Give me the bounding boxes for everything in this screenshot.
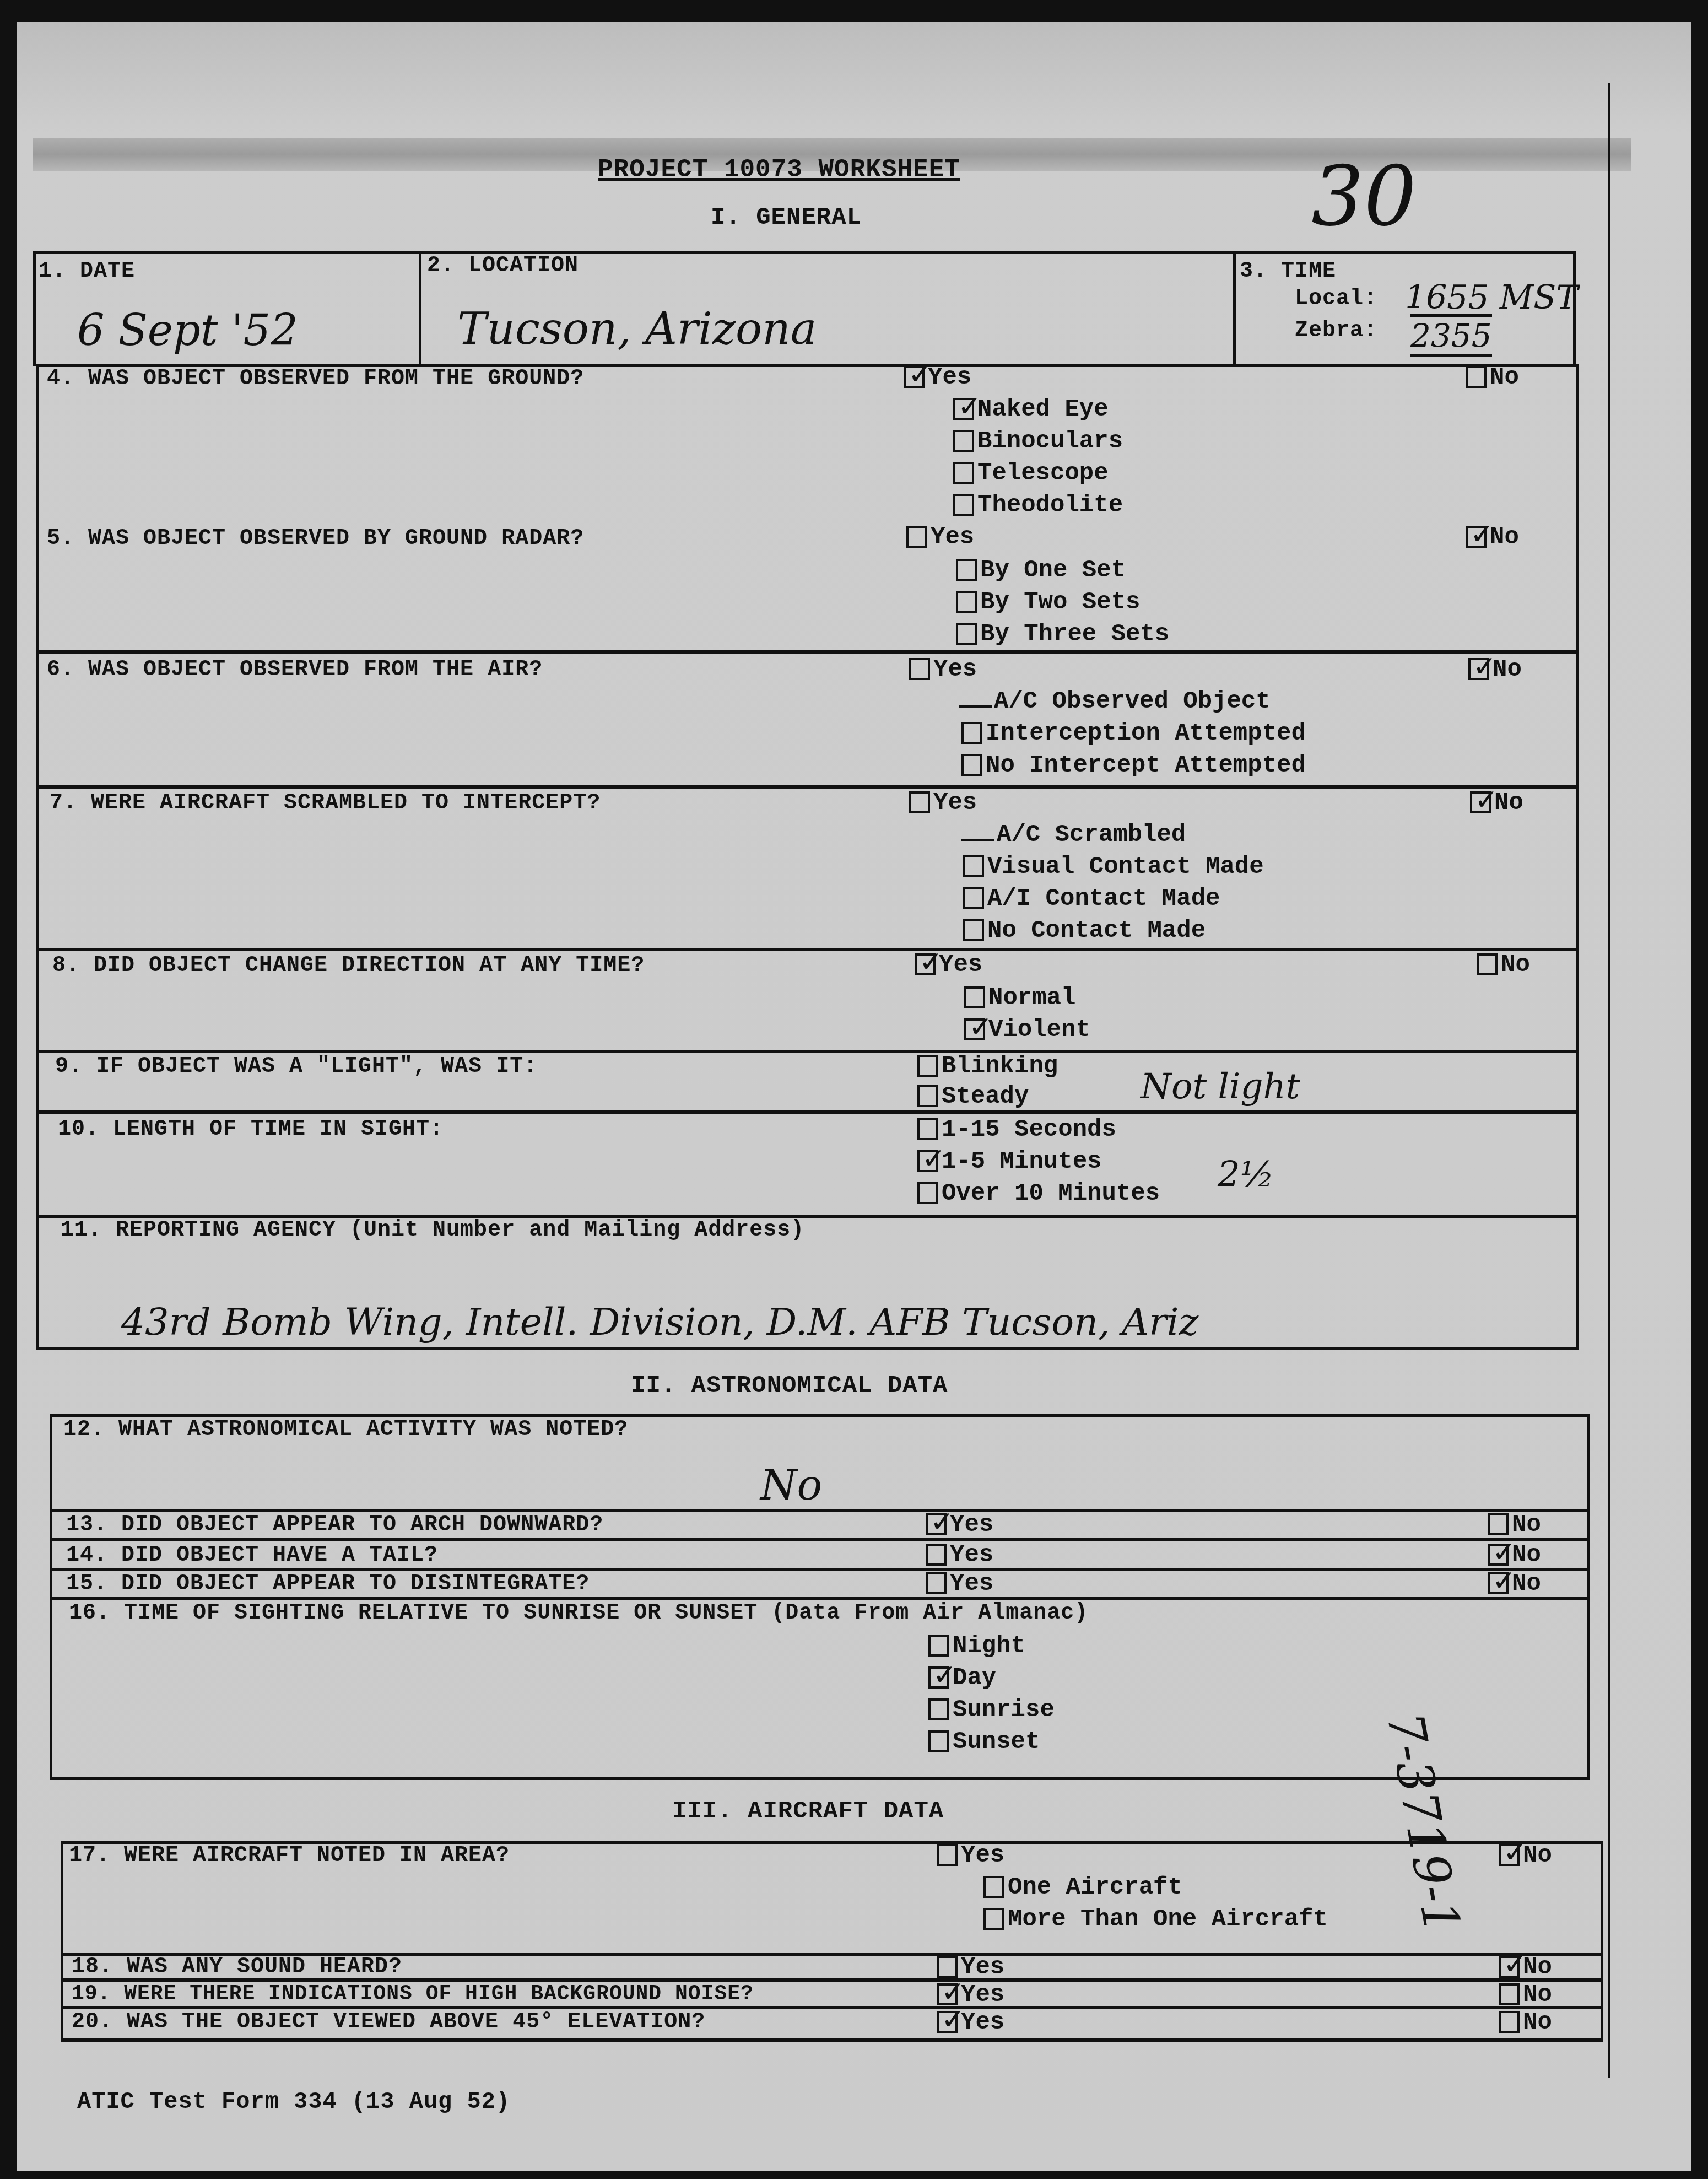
q8-normal[interactable]: Normal xyxy=(964,984,1075,1012)
q5-three-sets[interactable]: By Three Sets xyxy=(956,621,1169,648)
checkbox[interactable] xyxy=(909,658,930,680)
checkbox-checked[interactable] xyxy=(1470,791,1491,813)
checkbox[interactable] xyxy=(964,986,985,1008)
checkbox-checked[interactable] xyxy=(953,398,974,420)
row-divider xyxy=(36,1110,1579,1114)
q7-visual-contact[interactable]: Visual Contact Made xyxy=(963,853,1264,881)
q7-no[interactable]: No xyxy=(1470,789,1523,817)
q14-label: 14. DID OBJECT HAVE A TAIL? xyxy=(66,1543,438,1568)
q16-night[interactable]: Night xyxy=(928,1632,1025,1660)
checkbox[interactable] xyxy=(956,559,977,581)
zebra-time-value[interactable]: 2355 xyxy=(1410,314,1492,357)
checkbox[interactable] xyxy=(917,1182,938,1204)
checkbox-checked[interactable] xyxy=(917,1150,938,1172)
q5-no[interactable]: No xyxy=(1466,524,1519,551)
q7-ac-scrambled[interactable]: A/C Scrambled xyxy=(961,821,1186,849)
form-number-footer: ATIC Test Form 334 (13 Aug 52) xyxy=(77,2089,510,2115)
q9-steady[interactable]: Steady xyxy=(917,1083,1029,1110)
q11-label: 11. REPORTING AGENCY (Unit Number and Ma… xyxy=(61,1218,804,1243)
local-time-value[interactable]: 1655 MST xyxy=(1405,278,1578,317)
checkbox[interactable] xyxy=(917,1118,938,1140)
checkbox-checked[interactable] xyxy=(1499,1844,1520,1866)
q4-yes[interactable]: Yes xyxy=(904,364,971,391)
q4-telescope[interactable]: Telescope xyxy=(953,460,1109,487)
checkbox[interactable] xyxy=(1477,953,1498,975)
checkbox-checked[interactable] xyxy=(926,1513,947,1535)
q18-label: 18. WAS ANY SOUND HEARD? xyxy=(72,1955,402,1980)
q6-interception-attempted[interactable]: Interception Attempted xyxy=(961,720,1306,747)
q20-yes[interactable]: Yes xyxy=(937,2009,1004,2036)
q5-one-set[interactable]: By One Set xyxy=(956,557,1126,584)
q5-two-sets[interactable]: By Two Sets xyxy=(956,589,1140,616)
q16-day[interactable]: Day xyxy=(928,1664,996,1692)
q17-label: 17. WERE AIRCRAFT NOTED IN AREA? xyxy=(69,1843,510,1868)
q8-label: 8. DID OBJECT CHANGE DIRECTION AT ANY TI… xyxy=(52,953,645,978)
checkbox-checked[interactable] xyxy=(928,1666,949,1689)
checkbox-checked[interactable] xyxy=(1466,526,1487,548)
q7-ai-contact[interactable]: A/I Contact Made xyxy=(963,885,1220,913)
q4-binoculars[interactable]: Binoculars xyxy=(953,428,1123,455)
q7-yes[interactable]: Yes xyxy=(909,789,977,817)
zebra-time-label: Zebra: xyxy=(1295,319,1377,343)
checkbox-checked[interactable] xyxy=(1488,1572,1509,1594)
page-edge-line xyxy=(1608,83,1610,2078)
q9-blinking[interactable]: Blinking xyxy=(917,1053,1058,1080)
checkbox[interactable] xyxy=(926,1544,947,1566)
section-astronomical-heading: II. ASTRONOMICAL DATA xyxy=(631,1372,948,1400)
q10-1-5-minutes[interactable]: 1-5 Minutes xyxy=(917,1148,1101,1175)
q16-sunset[interactable]: Sunset xyxy=(928,1728,1040,1756)
row-divider xyxy=(50,1538,1590,1541)
q20-label: 20. WAS THE OBJECT VIEWED ABOVE 45° ELEV… xyxy=(72,2010,705,2035)
q14-yes[interactable]: Yes xyxy=(926,1541,993,1569)
checkbox[interactable] xyxy=(953,430,974,452)
checkbox[interactable] xyxy=(956,623,977,645)
blank-line[interactable] xyxy=(961,839,994,841)
q16-sunrise[interactable]: Sunrise xyxy=(928,1696,1055,1724)
q11-value[interactable]: 43rd Bomb Wing, Intell. Division, D.M. A… xyxy=(121,1301,1198,1344)
q8-yes[interactable]: Yes xyxy=(915,951,982,979)
questions-box xyxy=(36,364,1579,1350)
row-divider xyxy=(36,785,1579,789)
checkbox-checked[interactable] xyxy=(1468,658,1489,680)
checkbox[interactable] xyxy=(961,722,982,744)
checkbox[interactable] xyxy=(961,754,982,776)
q13-no[interactable]: No xyxy=(1488,1511,1541,1539)
q4-no[interactable]: No xyxy=(1466,364,1519,391)
row-divider xyxy=(36,948,1579,951)
q18-no[interactable]: No xyxy=(1499,1954,1552,1981)
checkbox-checked[interactable] xyxy=(937,1983,958,2005)
q17-one-aircraft[interactable]: One Aircraft xyxy=(983,1874,1182,1901)
row-divider xyxy=(36,1050,1579,1053)
checkbox[interactable] xyxy=(963,887,984,909)
checkbox[interactable] xyxy=(983,1876,1004,1898)
location-value[interactable]: Tucson, Arizona xyxy=(457,303,817,354)
q7-label: 7. WERE AIRCRAFT SCRAMBLED TO INTERCEPT? xyxy=(50,791,601,816)
checkbox[interactable] xyxy=(1499,1983,1520,2005)
checkbox[interactable] xyxy=(917,1085,938,1107)
page-title: PROJECT 10073 WORKSHEET xyxy=(598,155,960,184)
checkbox[interactable] xyxy=(983,1908,1004,1930)
checkbox[interactable] xyxy=(909,791,930,813)
q10-label: 10. LENGTH OF TIME IN SIGHT: xyxy=(58,1117,444,1142)
checkbox[interactable] xyxy=(937,1956,958,1978)
q17-no[interactable]: No xyxy=(1499,1842,1552,1869)
checkbox[interactable] xyxy=(956,591,977,613)
divider xyxy=(1233,251,1236,366)
checkbox[interactable] xyxy=(1499,2011,1520,2033)
q9-label: 9. IF OBJECT WAS A "LIGHT", WAS IT: xyxy=(55,1054,537,1079)
q10-note[interactable]: 2½ xyxy=(1218,1155,1274,1195)
date-label: 1. DATE xyxy=(39,259,135,284)
q20-no[interactable]: No xyxy=(1499,2009,1552,2036)
q6-no[interactable]: No xyxy=(1468,656,1522,683)
q6-ac-observed[interactable]: A/C Observed Object xyxy=(959,688,1271,715)
q19-label: 19. WERE THERE INDICATIONS OF HIGH BACKG… xyxy=(72,1982,754,2006)
q13-yes[interactable]: Yes xyxy=(926,1511,993,1539)
blank-line[interactable] xyxy=(959,705,992,708)
checkbox[interactable] xyxy=(937,1844,958,1866)
row-divider xyxy=(50,1568,1590,1571)
row-divider xyxy=(61,2006,1603,2009)
q12-value[interactable]: No xyxy=(760,1460,822,1509)
row-divider xyxy=(50,1597,1590,1600)
page-number-mark: 30 xyxy=(1311,149,1417,245)
time-label: 3. TIME xyxy=(1240,259,1336,284)
q10-1-15-seconds[interactable]: 1-15 Seconds xyxy=(917,1116,1116,1144)
q4-theodolite[interactable]: Theodolite xyxy=(953,492,1123,519)
checkbox[interactable] xyxy=(906,526,927,548)
checkbox-checked[interactable] xyxy=(1488,1544,1509,1566)
q4-naked-eye[interactable]: Naked Eye xyxy=(953,396,1109,423)
q5-yes[interactable]: Yes xyxy=(906,524,974,551)
q7-no-contact[interactable]: No Contact Made xyxy=(963,917,1206,945)
checkbox[interactable] xyxy=(926,1572,947,1594)
checkbox[interactable] xyxy=(1488,1513,1509,1535)
checkbox-checked[interactable] xyxy=(1499,1956,1520,1978)
checkbox-checked[interactable] xyxy=(904,366,925,388)
q17-yes[interactable]: Yes xyxy=(937,1842,1004,1869)
q8-no[interactable]: No xyxy=(1477,951,1530,979)
row-divider xyxy=(36,650,1579,654)
q15-yes[interactable]: Yes xyxy=(926,1570,993,1598)
checkbox[interactable] xyxy=(917,1055,938,1077)
section-general-heading: I. GENERAL xyxy=(711,204,862,231)
checkbox-checked[interactable] xyxy=(915,953,936,975)
section-aircraft-heading: III. AIRCRAFT DATA xyxy=(672,1798,944,1825)
q4-label: 4. WAS OBJECT OBSERVED FROM THE GROUND? xyxy=(47,366,584,391)
checkbox[interactable] xyxy=(928,1635,949,1657)
checkbox[interactable] xyxy=(928,1698,949,1720)
q8-violent[interactable]: Violent xyxy=(964,1016,1090,1044)
q13-label: 13. DID OBJECT APPEAR TO ARCH DOWNWARD? xyxy=(66,1513,603,1538)
date-value[interactable]: 6 Sept '52 xyxy=(77,306,298,355)
location-label: 2. LOCATION xyxy=(427,254,579,278)
checkbox-checked[interactable] xyxy=(937,2011,958,2033)
q10-over-10-minutes[interactable]: Over 10 Minutes xyxy=(917,1180,1160,1207)
q16-label: 16. TIME OF SIGHTING RELATIVE TO SUNRISE… xyxy=(69,1601,1088,1626)
q15-label: 15. DID OBJECT APPEAR TO DISINTEGRATE? xyxy=(66,1572,590,1597)
checkbox[interactable] xyxy=(953,494,974,516)
checkbox[interactable] xyxy=(953,462,974,484)
checkbox[interactable] xyxy=(963,919,984,941)
checkbox[interactable] xyxy=(963,855,984,877)
q9-note[interactable]: Not light xyxy=(1141,1066,1300,1107)
checkbox[interactable] xyxy=(928,1730,949,1752)
q6-yes[interactable]: Yes xyxy=(909,656,977,683)
divider xyxy=(419,251,421,366)
q17-more-than-one[interactable]: More Than One Aircraft xyxy=(983,1906,1328,1933)
q19-no[interactable]: No xyxy=(1499,1981,1552,2009)
q15-no[interactable]: No xyxy=(1488,1570,1541,1598)
q5-label: 5. WAS OBJECT OBSERVED BY GROUND RADAR? xyxy=(47,526,584,551)
checkbox-checked[interactable] xyxy=(964,1018,985,1040)
local-time-label: Local: xyxy=(1295,287,1377,311)
q6-label: 6. WAS OBJECT OBSERVED FROM THE AIR? xyxy=(47,657,543,682)
q6-no-intercept[interactable]: No Intercept Attempted xyxy=(961,752,1306,779)
q12-label: 12. WHAT ASTRONOMICAL ACTIVITY WAS NOTED… xyxy=(63,1417,628,1442)
checkbox[interactable] xyxy=(1466,366,1487,388)
